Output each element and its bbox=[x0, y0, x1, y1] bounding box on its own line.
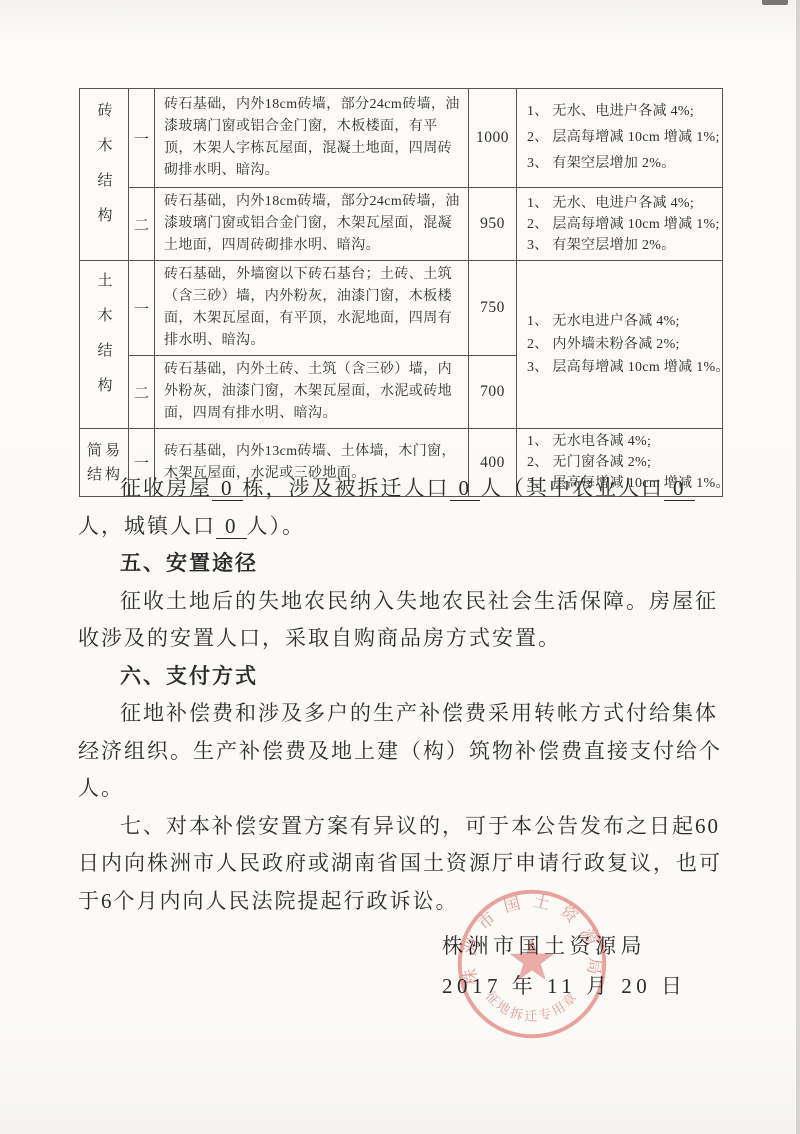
price-cell: 950 bbox=[469, 188, 517, 261]
scan-edge-shadow bbox=[796, 0, 800, 1134]
note-line: 2、 内外墙未粉各减 2%; bbox=[527, 333, 718, 356]
note-line: 3、 有架空层增加 2%。 bbox=[527, 151, 718, 177]
paragraph-housing-stats: 征收房屋0栋，涉及被拆迁人口0人（其中农业人口0人，城镇人口0人）。 bbox=[78, 470, 726, 545]
description-cell: 砖石基础，外墙窗以下砖石基台；土砖、土筑（含三砂）墙，内外粉灰，油漆门窗，木板楼… bbox=[155, 261, 469, 356]
price-cell: 700 bbox=[469, 356, 517, 429]
structure-label: 砖木结构 bbox=[94, 102, 115, 242]
table-row: 土木结构 一 砖石基础，外墙窗以下砖石基台；土砖、土筑（含三砂）墙，内外粉灰，油… bbox=[80, 261, 723, 356]
note-line: 1、 无水、电进户各减 4%; bbox=[527, 99, 718, 125]
structure-cell: 砖木结构 bbox=[80, 89, 129, 261]
grade-cell: 二 bbox=[129, 356, 155, 429]
notes-cell: 1、 无水电进户各减 4%; 2、 内外墙未粉各减 2%; 3、 层高每增减 1… bbox=[517, 261, 723, 429]
seal-bottom-text: 征地拆迁专用章 bbox=[483, 988, 582, 1024]
section-heading-5: 五、安置途径 bbox=[78, 545, 726, 583]
note-line: 1、 无水电各减 4%; bbox=[527, 431, 718, 452]
paragraph-objection: 七、对本补偿安置方案有异议的，可于本公告发布之日起60日内向株洲市人民政府或湖南… bbox=[78, 808, 726, 921]
text-segment: 人（其中农业人口 bbox=[480, 476, 664, 500]
section-heading-6: 六、支付方式 bbox=[78, 658, 726, 696]
blank-value: 0 bbox=[216, 514, 247, 539]
text-segment: 栋，涉及被拆迁人口 bbox=[243, 476, 450, 500]
official-seal: 株洲市国土资源局 征地拆迁专用章 bbox=[449, 881, 615, 1047]
text-segment: 人，城镇人口 bbox=[78, 514, 216, 538]
structure-label: 土木结构 bbox=[94, 272, 115, 412]
notice-body: 征收房屋0栋，涉及被拆迁人口0人（其中农业人口0人，城镇人口0人）。 五、安置途… bbox=[78, 470, 726, 920]
description-cell: 砖石基础，内外18cm砖墙，部分24cm砖墙，油漆玻璃门窗或铝合金门窗，木架瓦屋… bbox=[155, 188, 469, 261]
price-cell: 1000 bbox=[469, 89, 517, 188]
table-row: 砖木结构 一 砖石基础，内外18cm砖墙，部分24cm砖墙，油漆玻璃门窗或铝合金… bbox=[80, 89, 723, 188]
description-cell: 砖石基础，内外18cm砖墙，部分24cm砖墙，油漆玻璃门窗或铝合金门窗，木板楼面… bbox=[155, 89, 469, 188]
grade-cell: 二 bbox=[129, 188, 155, 261]
structure-cell: 土木结构 bbox=[80, 261, 129, 429]
paragraph-resettlement: 征收土地后的失地农民纳入失地农民社会生活保障。房屋征收涉及的安置人口，采取自购商… bbox=[78, 583, 726, 658]
notes-cell: 1、 无水、电进户各减 4%; 2、 层高每增减 10cm 增减 1%; 3、 … bbox=[517, 89, 723, 188]
note-line: 2、 层高每增减 10cm 增减 1%; bbox=[527, 214, 718, 235]
table-row: 二 砖石基础，内外18cm砖墙，部分24cm砖墙，油漆玻璃门窗或铝合金门窗，木架… bbox=[80, 188, 723, 261]
seal-star-icon bbox=[510, 938, 555, 980]
text-segment: 人）。 bbox=[247, 514, 306, 538]
note-line: 2、 层高每增减 10cm 增减 1%; bbox=[527, 125, 718, 151]
price-cell: 750 bbox=[469, 261, 517, 356]
note-line: 3、 层高每增减 10cm 增减 1%。 bbox=[527, 356, 718, 379]
scan-artifact-corner bbox=[762, 0, 788, 5]
description-cell: 砖石基础，内外土砖、土筑（含三砂）墙，内外粉灰，油漆门窗，木架瓦屋面，水泥或砖地… bbox=[155, 356, 469, 429]
blank-value: 0 bbox=[212, 476, 243, 501]
scanned-notice-page: { "table": { "structures": [ {"label": "… bbox=[0, 0, 800, 1134]
grade-cell: 一 bbox=[129, 261, 155, 356]
note-line: 1、 无水电进户各减 4%; bbox=[527, 310, 718, 333]
notes-cell: 1、 无水、电进户各减 4%; 2、 层高每增减 10cm 增减 1%; 3、 … bbox=[517, 188, 723, 261]
paragraph-payment: 征地补偿费和涉及多户的生产补偿费采用转帐方式付给集体经济组织。生产补偿费及地上建… bbox=[78, 695, 726, 808]
note-line: 3、 有架空层增加 2%。 bbox=[527, 235, 718, 256]
blank-value: 0 bbox=[664, 476, 695, 501]
blank-value: 0 bbox=[450, 476, 481, 501]
text-segment: 征收房屋 bbox=[120, 476, 212, 500]
compensation-standards-table: 砖木结构 一 砖石基础，内外18cm砖墙，部分24cm砖墙，油漆玻璃门窗或铝合金… bbox=[79, 88, 723, 497]
grade-cell: 一 bbox=[129, 89, 155, 188]
note-line: 1、 无水、电进户各减 4%; bbox=[527, 193, 718, 214]
